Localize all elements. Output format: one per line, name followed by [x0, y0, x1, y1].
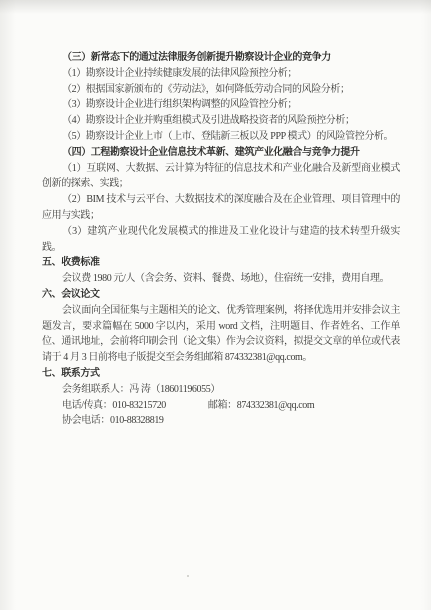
scan-speck [187, 575, 189, 577]
phone-fax-value: 电话/传真：010-83215720 [62, 400, 166, 411]
section-3-item-2: （2）根据国家新颁布的《劳动法》，如何降低劳动合同的风险分析； [42, 82, 400, 98]
section-5-heading: 五、收费标准 [42, 255, 400, 271]
section-5-body: 会议费 1980 元/人（含会务、资料、餐费、场地），住宿统一安排，费用自理。 [42, 271, 400, 287]
section-7-heading: 七、联系方式 [42, 366, 400, 382]
section-3-item-5: （5）勘察设计企业上市（上市、登陆新三板以及 PPP 模式）的风险管控分析。 [42, 129, 400, 145]
phone-email-line: 电话/传真：010-83215720邮箱：874332381@qq.com [42, 398, 400, 414]
section-6-body: 会议面向全国征集与主题相关的论文、优秀管理案例，将择优选用并安排会议主题发言，要… [42, 303, 400, 366]
email-value: 邮箱：874332381@qq.com [208, 400, 314, 411]
section-3-item-1: （1）勘察设计企业持续健康发展的法律风险预控分析； [42, 66, 400, 82]
section-4-heading: （四）工程勘察设计企业信息技术革新、建筑产业化融合与竞争力提升 [42, 145, 400, 161]
section-3-heading: （三）新常态下的通过法律服务创新提升勘察设计企业的竞争力 [42, 50, 400, 66]
section-4-item-1: （1）互联网、大数据、云计算为特征的信息技术和产业化融合及新型商业模式创新的探索… [42, 161, 400, 193]
scanned-document-page: （三）新常态下的通过法律服务创新提升勘察设计企业的竞争力 （1）勘察设计企业持续… [0, 0, 431, 610]
section-4-item-3: （3）建筑产业现代化发展模式的推进及工业化设计与建造的技术转型升级实践。 [42, 224, 400, 256]
contact-person-line: 会务组联系人：冯 涛（18601196055） [42, 382, 400, 398]
section-4-item-2: （2）BIM 技术与云平台、大数据技术的深度融合及在企业管理、项目管理中的应用与… [42, 192, 400, 224]
section-3-item-4: （4）勘察设计企业并购重组模式及引进战略投资者的风险预控分析； [42, 113, 400, 129]
association-phone-line: 协会电话：010-88328819 [42, 413, 400, 429]
section-3-item-3: （3）勘察设计企业进行组织架构调整的风险管控分析； [42, 97, 400, 113]
document-body: （三）新常态下的通过法律服务创新提升勘察设计企业的竞争力 （1）勘察设计企业持续… [42, 50, 400, 429]
section-6-heading: 六、会议论文 [42, 287, 400, 303]
